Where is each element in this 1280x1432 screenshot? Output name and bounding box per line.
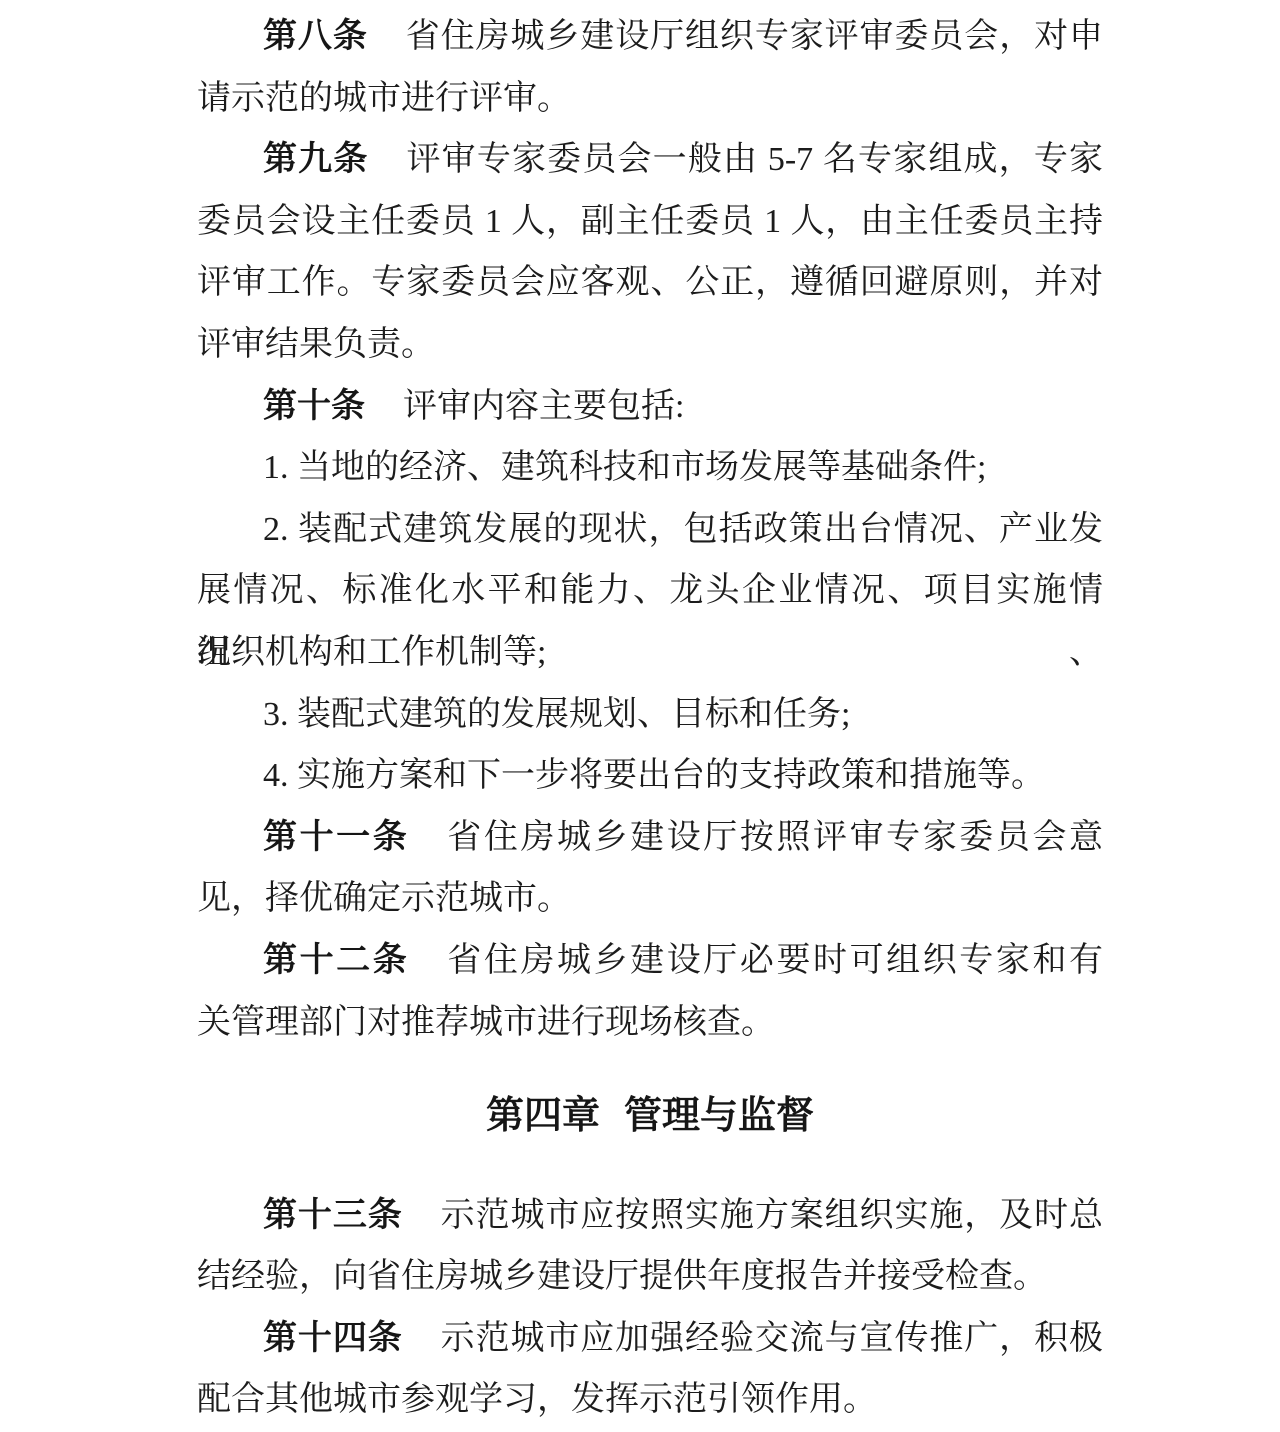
article-text: 2. 装配式建筑发展的现状，包括政策出台情况、产业发: [263, 511, 1103, 548]
chapter-heading: 第四章管理与监督: [197, 1086, 1103, 1148]
article-line: 关管理部门对推荐城市进行现场核查。: [197, 992, 1103, 1054]
section-management-articles: 第十三条示范城市应按照实施方案组织实施，及时总结经验，向省住房城乡建设厅提供年度…: [197, 1185, 1103, 1431]
article-line: 第十二条省住房城乡建设厅必要时可组织专家和有: [197, 930, 1103, 992]
article-number: 第十一条: [263, 819, 409, 856]
article-line: 第九条评审专家委员会一般由 5-7 名专家组成，专家: [197, 129, 1103, 191]
article-line: 评审结果负责。: [197, 314, 1103, 376]
article-line: 第十一条省住房城乡建设厅按照评审专家委员会意: [197, 807, 1103, 869]
article-line: 请示范的城市进行评审。: [197, 68, 1103, 130]
article-text: 评审专家委员会一般由 5-7 名专家组成，专家: [407, 141, 1104, 178]
article-line: 展情况、标准化水平和能力、龙头企业情况、项目实施情况、: [197, 560, 1103, 622]
article-text: 4. 实施方案和下一步将要出台的支持政策和措施等。: [263, 757, 1045, 794]
article-text: 结经验，向省住房城乡建设厅提供年度报告并接受检查。: [197, 1258, 1047, 1295]
article-number: 第八条: [263, 18, 368, 55]
document-page: 第八条省住房城乡建设厅组织专家评审委员会，对申请示范的城市进行评审。第九条评审专…: [0, 0, 1280, 1432]
article-line: 2. 装配式建筑发展的现状，包括政策出台情况、产业发: [197, 499, 1103, 561]
article-text: 评审内容主要包括:: [403, 388, 684, 425]
article-line: 第八条省住房城乡建设厅组织专家评审委员会，对申: [197, 6, 1103, 68]
article-text: 见，择优确定示范城市。: [197, 880, 571, 917]
article-text: 请示范的城市进行评审。: [197, 80, 571, 117]
article-line: 配合其他城市参观学习，发挥示范引领作用。: [197, 1369, 1103, 1431]
article-line: 1. 当地的经济、建筑科技和市场发展等基础条件;: [197, 437, 1103, 499]
article-line: 评审工作。专家委员会应客观、公正，遵循回避原则，并对: [197, 252, 1103, 314]
chapter-number: 第四章: [486, 1095, 600, 1137]
article-line: 第十条评审内容主要包括:: [197, 376, 1103, 438]
article-text: 1. 当地的经济、建筑科技和市场发展等基础条件;: [263, 449, 986, 486]
article-text: 委员会设主任委员 1 人，副主任委员 1 人，由主任委员主持: [197, 203, 1103, 240]
article-text: 关管理部门对推荐城市进行现场核查。: [197, 1004, 775, 1041]
article-line: 见，择优确定示范城市。: [197, 868, 1103, 930]
article-text: 3. 装配式建筑的发展规划、目标和任务;: [263, 696, 850, 733]
article-line: 4. 实施方案和下一步将要出台的支持政策和措施等。: [197, 745, 1103, 807]
article-text: 评审结果负责。: [197, 326, 435, 363]
section-evaluation-articles: 第八条省住房城乡建设厅组织专家评审委员会，对申请示范的城市进行评审。第九条评审专…: [197, 6, 1103, 1053]
article-number: 第十二条: [263, 942, 409, 979]
article-text: 省住房城乡建设厅必要时可组织专家和有: [447, 942, 1103, 979]
article-number: 第十条: [263, 388, 365, 425]
article-line: 结经验，向省住房城乡建设厅提供年度报告并接受检查。: [197, 1246, 1103, 1308]
chapter-title: 管理与监督: [624, 1095, 814, 1137]
article-number: 第十四条: [263, 1320, 403, 1357]
article-text: 省住房城乡建设厅按照评审专家委员会意: [447, 819, 1103, 856]
article-text: 评审工作。专家委员会应客观、公正，遵循回避原则，并对: [197, 264, 1103, 301]
article-number: 第十三条: [263, 1197, 403, 1234]
article-text: 配合其他城市参观学习，发挥示范引领作用。: [197, 1381, 877, 1418]
article-line: 第十四条示范城市应加强经验交流与宣传推广，积极: [197, 1308, 1103, 1370]
article-text: 省住房城乡建设厅组织专家评审委员会，对申: [406, 18, 1103, 55]
article-line: 3. 装配式建筑的发展规划、目标和任务;: [197, 684, 1103, 746]
article-text: 组织机构和工作机制等;: [197, 634, 546, 671]
article-line: 委员会设主任委员 1 人，副主任委员 1 人，由主任委员主持: [197, 191, 1103, 253]
article-number: 第九条: [263, 141, 369, 178]
article-text: 示范城市应加强经验交流与宣传推广，积极: [441, 1320, 1103, 1357]
article-text: 示范城市应按照实施方案组织实施，及时总: [441, 1197, 1103, 1234]
article-line: 第十三条示范城市应按照实施方案组织实施，及时总: [197, 1185, 1103, 1247]
